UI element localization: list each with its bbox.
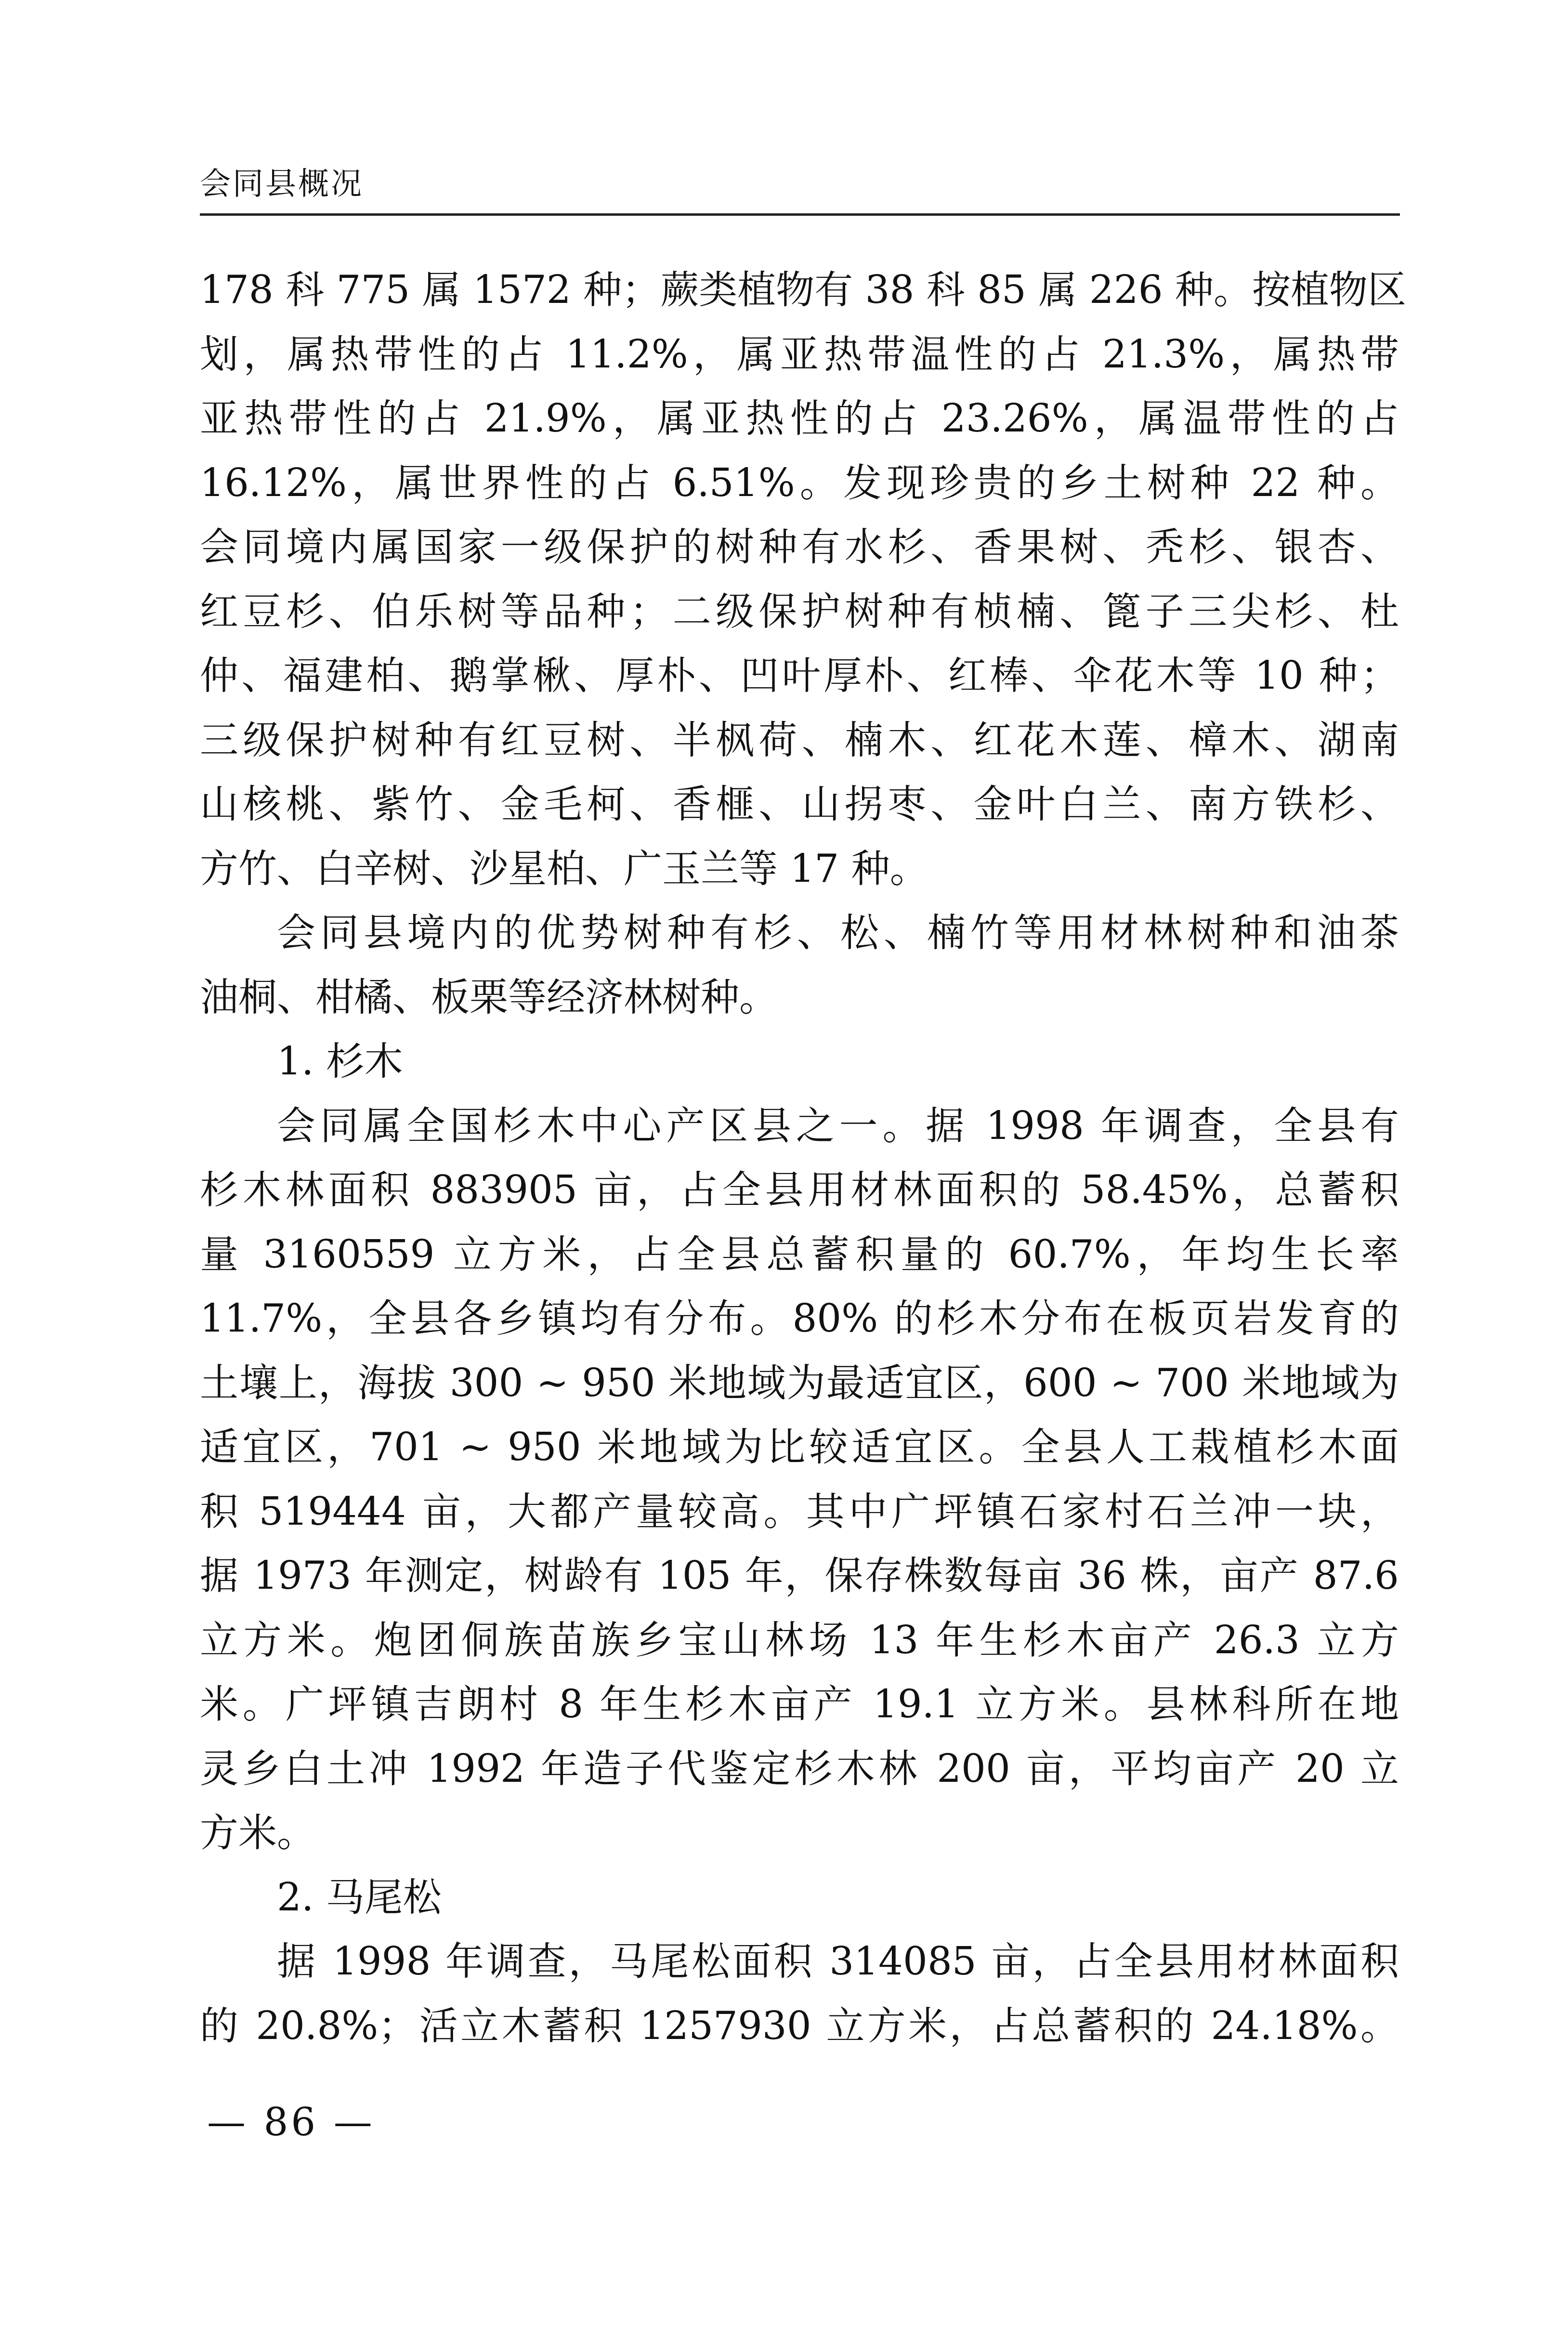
- text-line: 立方米。炮团侗族苗族乡宝山林场 13 年生杉木亩产 26.3 立方: [200, 1608, 1399, 1673]
- paragraph-start: 据 1998 年调查，马尾松面积 314085 亩，占全县用材林面积: [200, 1929, 1399, 1994]
- text-line: 灵乡白土冲 1992 年造子代鉴定杉木林 200 亩，平均亩产 20 立: [200, 1737, 1399, 1801]
- page-number: — 86 —: [207, 2100, 375, 2144]
- text-line: 方竹、白辛树、沙星柏、广玉兰等 17 种。: [200, 836, 1399, 901]
- body-text: 178 科 775 属 1572 种；蕨类植物有 38 科 85 属 226 种…: [200, 258, 1399, 2058]
- text-line: 划，属热带性的占 11.2%，属亚热带温性的占 21.3%，属热带: [200, 322, 1399, 387]
- text-line: 11.7%，全县各乡镇均有分布。80% 的杉木分布在板页岩发育的: [200, 1286, 1399, 1351]
- paragraph-start: 会同县境内的优势树种有杉、松、楠竹等用材林树种和油茶: [200, 901, 1399, 965]
- section-heading-masson-pine: 2. 马尾松: [200, 1865, 1399, 1930]
- header-rule: [200, 213, 1400, 216]
- text-line: 油桐、柑橘、板栗等经济林树种。: [200, 965, 1399, 1030]
- text-line: 山核桃、紫竹、金毛柯、香榧、山拐枣、金叶白兰、南方铁杉、: [200, 772, 1399, 836]
- text-line: 杉木林面积 883905 亩，占全县用材林面积的 58.45%，总蓄积: [200, 1158, 1399, 1222]
- text-line: 据 1973 年测定，树龄有 105 年，保存株数每亩 36 株，亩产 87.6: [200, 1543, 1399, 1608]
- text-line: 红豆杉、伯乐树等品种；二级保护树种有桢楠、篦子三尖杉、杜: [200, 579, 1399, 644]
- text-line: 的 20.8%；活立木蓄积 1257930 立方米，占总蓄积的 24.18%。: [200, 1994, 1399, 2058]
- text-line: 米。广坪镇吉朗村 8 年生杉木亩产 19.1 立方米。县林科所在地: [200, 1672, 1399, 1737]
- text-line: 亚热带性的占 21.9%，属亚热性的占 23.26%，属温带性的占: [200, 386, 1399, 451]
- text-line: 会同境内属国家一级保护的树种有水杉、香果树、秃杉、银杏、: [200, 515, 1399, 579]
- text-line: 适宜区，701 ~ 950 米地域为比较适宜区。全县人工栽植杉木面: [200, 1415, 1399, 1479]
- text-line: 方米。: [200, 1801, 1399, 1865]
- text-line: 16.12%，属世界性的占 6.51%。发现珍贵的乡土树种 22 种。: [200, 451, 1399, 515]
- paragraph-start: 会同属全国杉木中心产区县之一。据 1998 年调查，全县有: [200, 1094, 1399, 1158]
- text-line: 量 3160559 立方米，占全县总蓄积量的 60.7%，年均生长率: [200, 1222, 1399, 1287]
- running-title: 会同县概况: [200, 159, 364, 203]
- text-line: 土壤上，海拔 300 ~ 950 米地域为最适宜区，600 ~ 700 米地域为: [200, 1351, 1399, 1415]
- text-line: 积 519444 亩，大都产量较高。其中广坪镇石家村石兰冲一块，: [200, 1479, 1399, 1544]
- text-line: 仲、福建柏、鹅掌楸、厚朴、凹叶厚朴、红棒、伞花木等 10 种；: [200, 643, 1399, 708]
- section-heading-cunninghamia: 1. 杉木: [200, 1029, 1399, 1094]
- text-line: 三级保护树种有红豆树、半枫荷、楠木、红花木莲、樟木、湖南: [200, 708, 1399, 772]
- text-line: 178 科 775 属 1572 种；蕨类植物有 38 科 85 属 226 种…: [200, 258, 1399, 322]
